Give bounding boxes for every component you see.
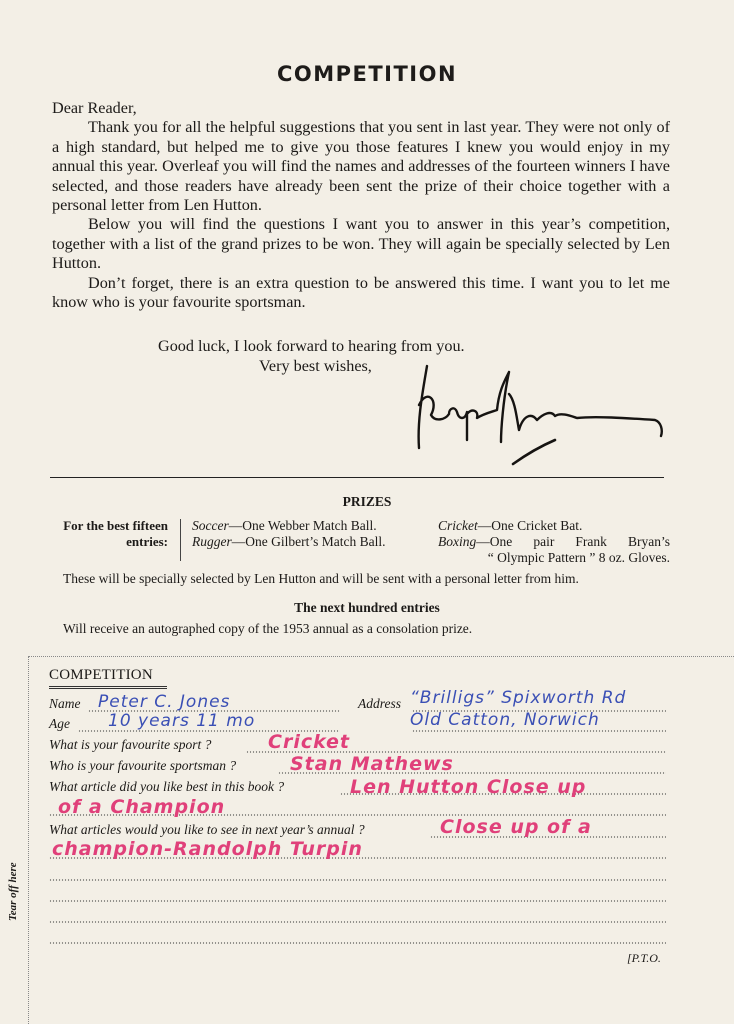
prize-column-1: Soccer—One Webber Match Ball. Rugger—One… — [192, 518, 385, 550]
address-field-line-1[interactable]: “Brilligs” Spixworth Rd — [410, 688, 626, 708]
salutation: Dear Reader, — [52, 99, 670, 118]
prize-divider — [180, 519, 181, 561]
blank-dotted-line-4[interactable] — [49, 942, 666, 944]
article-field-line-2[interactable]: of a Champion — [58, 796, 225, 818]
letter-body: Dear Reader, Thank you for all the helpf… — [52, 99, 670, 312]
address-dotted-line-2 — [412, 730, 666, 732]
tear-line-left — [28, 656, 29, 1024]
blank-dotted-line-1[interactable] — [49, 879, 666, 881]
prize-column-2: Cricket—One Cricket Bat. Boxing—One pair… — [438, 518, 670, 566]
article-label: What article did you like best in this b… — [49, 779, 284, 795]
article-field-line-1[interactable]: Len Hutton Close up — [350, 776, 586, 798]
prizes-label: For the best fifteen entries: — [30, 518, 168, 550]
next-entries-heading: The next hundred entries — [0, 600, 734, 616]
age-field[interactable]: 10 years 11 mo — [108, 711, 255, 731]
sportsman-field[interactable]: Stan Mathews — [290, 753, 454, 775]
sign-off: Very best wishes, — [259, 357, 372, 376]
prizes-heading: PRIZES — [0, 494, 734, 510]
letter-paragraph-3: Don’t forget, there is an extra question… — [52, 274, 670, 313]
letter-paragraph-2: Below you will find the questions I want… — [52, 215, 670, 273]
form-title: COMPETITION — [49, 667, 153, 684]
name-label: Name — [49, 696, 81, 712]
document-page: COMPETITION Dear Reader, Thank you for a… — [0, 0, 734, 1024]
prizes-note: These will be specially selected by Len … — [63, 571, 579, 587]
section-divider — [50, 477, 664, 478]
blank-dotted-line-2[interactable] — [49, 900, 666, 902]
sport-label: What is your favourite sport ? — [49, 737, 211, 753]
blank-dotted-line-3[interactable] — [49, 921, 666, 923]
letter-paragraph-1: Thank you for all the helpful suggestion… — [52, 118, 670, 215]
prize-item-soccer: Soccer—One Webber Match Ball. — [192, 518, 385, 534]
name-field[interactable]: Peter C. Jones — [98, 692, 230, 712]
form-title-underline — [49, 686, 167, 689]
closing-line: Good luck, I look forward to hearing fro… — [158, 337, 465, 356]
page-title: COMPETITION — [0, 62, 734, 86]
next-year-field-line-2[interactable]: champion-Randolph Turpin — [52, 838, 363, 860]
pto-note: [P.T.O. — [627, 951, 661, 966]
address-label: Address — [358, 696, 401, 712]
signature-icon — [405, 360, 675, 470]
address-field-line-2[interactable]: Old Catton, Norwich — [410, 710, 600, 730]
prize-item-rugger: Rugger—One Gilbert’s Match Ball. — [192, 534, 385, 550]
tear-off-label: Tear off here — [7, 891, 27, 921]
prize-item-boxing: Boxing—One pair Frank Bryan’s — [438, 534, 670, 550]
age-label: Age — [49, 716, 70, 732]
tear-line-top — [28, 656, 734, 657]
prize-item-boxing-detail: “ Olympic Pattern ” 8 oz. Gloves. — [438, 550, 670, 566]
next-year-label: What articles would you like to see in n… — [49, 822, 365, 838]
sportsman-label: Who is your favourite sportsman ? — [49, 758, 236, 774]
prize-item-cricket: Cricket—One Cricket Bat. — [438, 518, 670, 534]
next-year-field-line-1[interactable]: Close up of a — [440, 816, 592, 838]
sport-field[interactable]: Cricket — [268, 731, 350, 753]
next-entries-note: Will receive an autographed copy of the … — [63, 621, 472, 637]
